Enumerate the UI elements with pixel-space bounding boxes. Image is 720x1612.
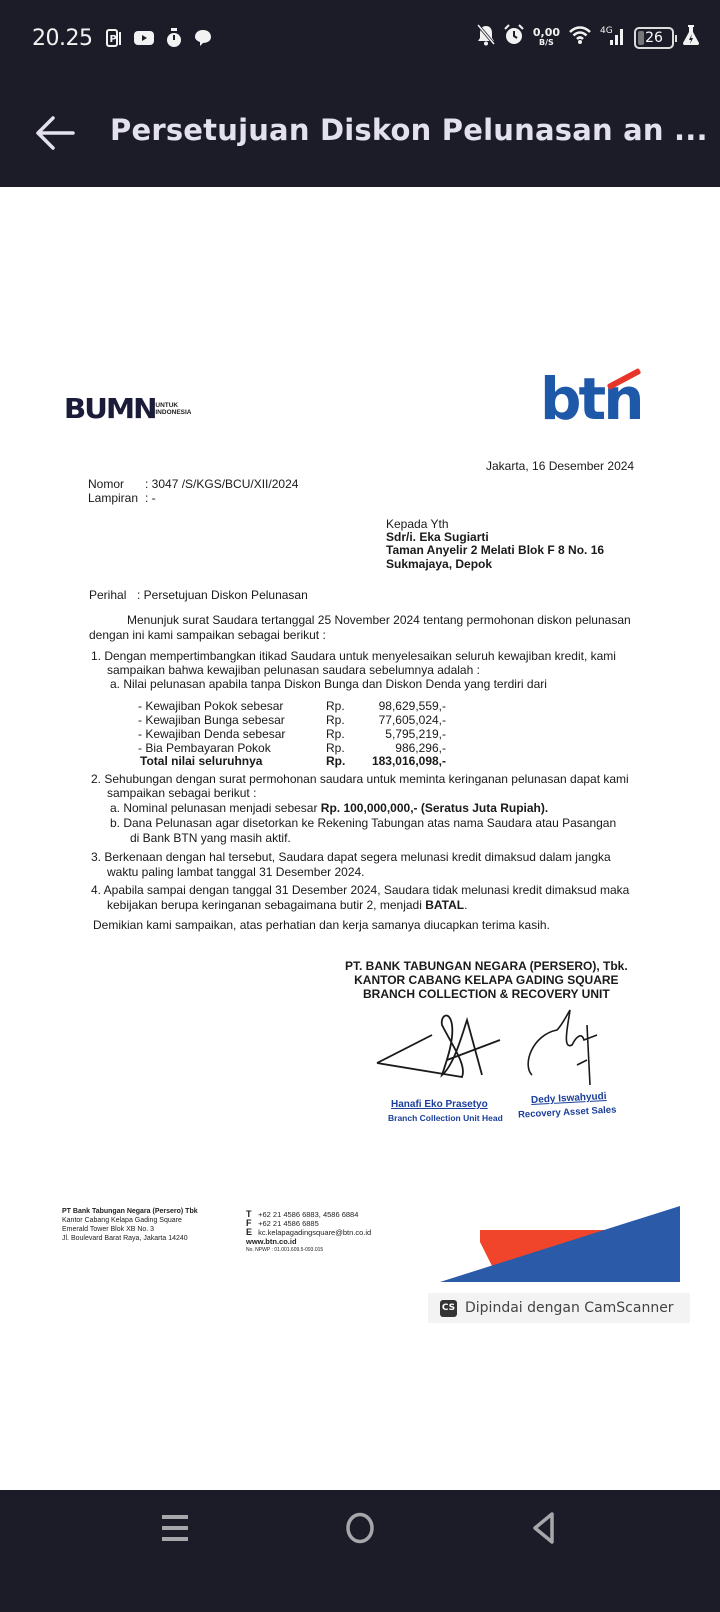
point-2-line-1: 2. Sehubungan dengan surat permohonan sa…: [91, 772, 629, 786]
lampiran-label: Lampiran: [88, 491, 138, 505]
closing-line: Demikian kami sampaikan, atas perhatian …: [93, 918, 550, 932]
amount-row: - Kewajiban Bunga sebesar Rp. 77,605,024…: [138, 713, 446, 727]
amount-row: - Kewajiban Denda sebesar Rp. 5,795,219,…: [138, 727, 446, 741]
signatory-1-name: Hanafi Eko Prasetyo: [391, 1099, 488, 1110]
intro-line-2: dengan ini kami sampaikan sebagai beriku…: [89, 628, 326, 642]
nomor-label: Nomor: [88, 477, 124, 491]
page-title: Persetujuan Diskon Pelunasan an ...: [110, 113, 708, 147]
perihal-value: : Persetujuan Diskon Pelunasan: [137, 588, 308, 602]
bell-muted-icon: [477, 24, 495, 51]
recipient-address-1: Taman Anyelir 2 Melati Blok F 8 No. 16: [386, 543, 604, 557]
footer-decoration: [440, 1202, 685, 1282]
svg-text:P: P: [110, 34, 117, 45]
footer-contact: T +62 21 4586 6883, 4586 6884 F +62 21 4…: [246, 1210, 371, 1255]
arrow-left-icon: [33, 115, 77, 156]
amount-total-row: Total nilai seluruhnya Rp. 183,016,098,-: [140, 754, 446, 768]
back-button[interactable]: [30, 110, 80, 160]
place-date: Jakarta, 16 Desember 2024: [486, 459, 634, 473]
point-2-b-line-2: di Bank BTN yang masih aktif.: [130, 831, 291, 845]
signatory-1-title: Branch Collection Unit Head: [388, 1113, 503, 1123]
signature-organization: PT. BANK TABUNGAN NEGARA (PERSERO), Tbk.…: [345, 959, 628, 1001]
recipient-address-2: Sukmajaya, Depok: [386, 557, 492, 571]
stopwatch-icon: [166, 28, 182, 53]
intro-line-1: Menunjuk surat Saudara tertanggal 25 Nov…: [127, 613, 631, 627]
recipient-name: Sdr/i. Eka Sugiarti: [386, 530, 489, 544]
point-1-a: a. Nilai pelunasan apabila tanpa Diskon …: [110, 677, 547, 691]
alarm-icon: [503, 24, 525, 51]
chat-bubble-icon: [194, 29, 212, 52]
document-viewer[interactable]: BUMN UNTUK INDONESIA btn Jakarta, 16 Des…: [0, 187, 720, 1490]
camscanner-icon: CS: [440, 1300, 457, 1317]
network-speed: 0,00 B/S: [533, 28, 560, 48]
point-1-line-1: 1. Dengan mempertimbangkan itikad Saudar…: [91, 649, 616, 663]
nomor-value: : 3047 /S/KGS/BCU/XII/2024: [145, 477, 298, 491]
home-circle-icon: [345, 1512, 375, 1549]
home-button[interactable]: [330, 1510, 390, 1550]
app-bar: Persetujuan Diskon Pelunasan an ...: [0, 80, 720, 187]
point-4-line-2: kebijakan berupa keringanan sebagaimana …: [107, 898, 467, 912]
point-4-line-1: 4. Apabila sampai dengan tanggal 31 Dese…: [91, 883, 629, 897]
point-2-b-line-1: b. Dana Pelunasan agar disetorkan ke Rek…: [110, 816, 616, 830]
status-time: 20.25: [32, 26, 92, 51]
point-2-line-2: sampaikan sebagai berikut :: [107, 786, 256, 800]
point-1-line-2: sampaikan bahwa kewajiban pelunasan saud…: [107, 663, 480, 677]
point-3-line-2: waktu paling lambat tanggal 31 Desember …: [107, 865, 365, 879]
battery-icon: 26: [634, 27, 674, 49]
battery-charging-icon: [682, 24, 700, 51]
wifi-icon: [568, 25, 592, 50]
recent-apps-button[interactable]: [145, 1510, 205, 1550]
signatures-image: [372, 1005, 632, 1105]
parking-app-icon: P: [106, 29, 122, 52]
point-2-a: a. Nominal pelunasan menjadi sebesar Rp.…: [110, 801, 548, 815]
navigation-bar: [0, 1490, 720, 1612]
bumn-logo: BUMN UNTUK INDONESIA: [66, 392, 192, 425]
recipient-line-1: Kepada Yth: [386, 517, 449, 531]
letter-document: BUMN UNTUK INDONESIA btn Jakarta, 16 Des…: [0, 187, 720, 1490]
lampiran-value: : -: [145, 491, 156, 505]
svg-text:4G: 4G: [600, 26, 613, 36]
amount-row: - Kewajiban Pokok sebesar Rp. 98,629,559…: [138, 699, 446, 713]
status-bar: 20.25 P 0,00 B/S 4G: [0, 0, 720, 80]
back-triangle-icon: [532, 1512, 558, 1549]
signatory-2-title: Recovery Asset Sales: [518, 1104, 617, 1120]
signal-4g-icon: 4G: [600, 24, 626, 51]
back-nav-button[interactable]: [515, 1510, 575, 1550]
footer-address: PT Bank Tabungan Negara (Persero) Tbk Ka…: [62, 1207, 198, 1243]
recent-apps-icon: [161, 1513, 189, 1548]
amount-row: - Bia Pembayaran Pokok Rp. 986,296,-: [138, 741, 446, 755]
point-3-line-1: 3. Berkenaan dengan hal tersebut, Saudar…: [91, 850, 611, 864]
youtube-icon: [134, 30, 154, 51]
perihal-label: Perihal: [89, 588, 126, 602]
camscanner-watermark: CS Dipindai dengan CamScanner: [428, 1293, 690, 1323]
